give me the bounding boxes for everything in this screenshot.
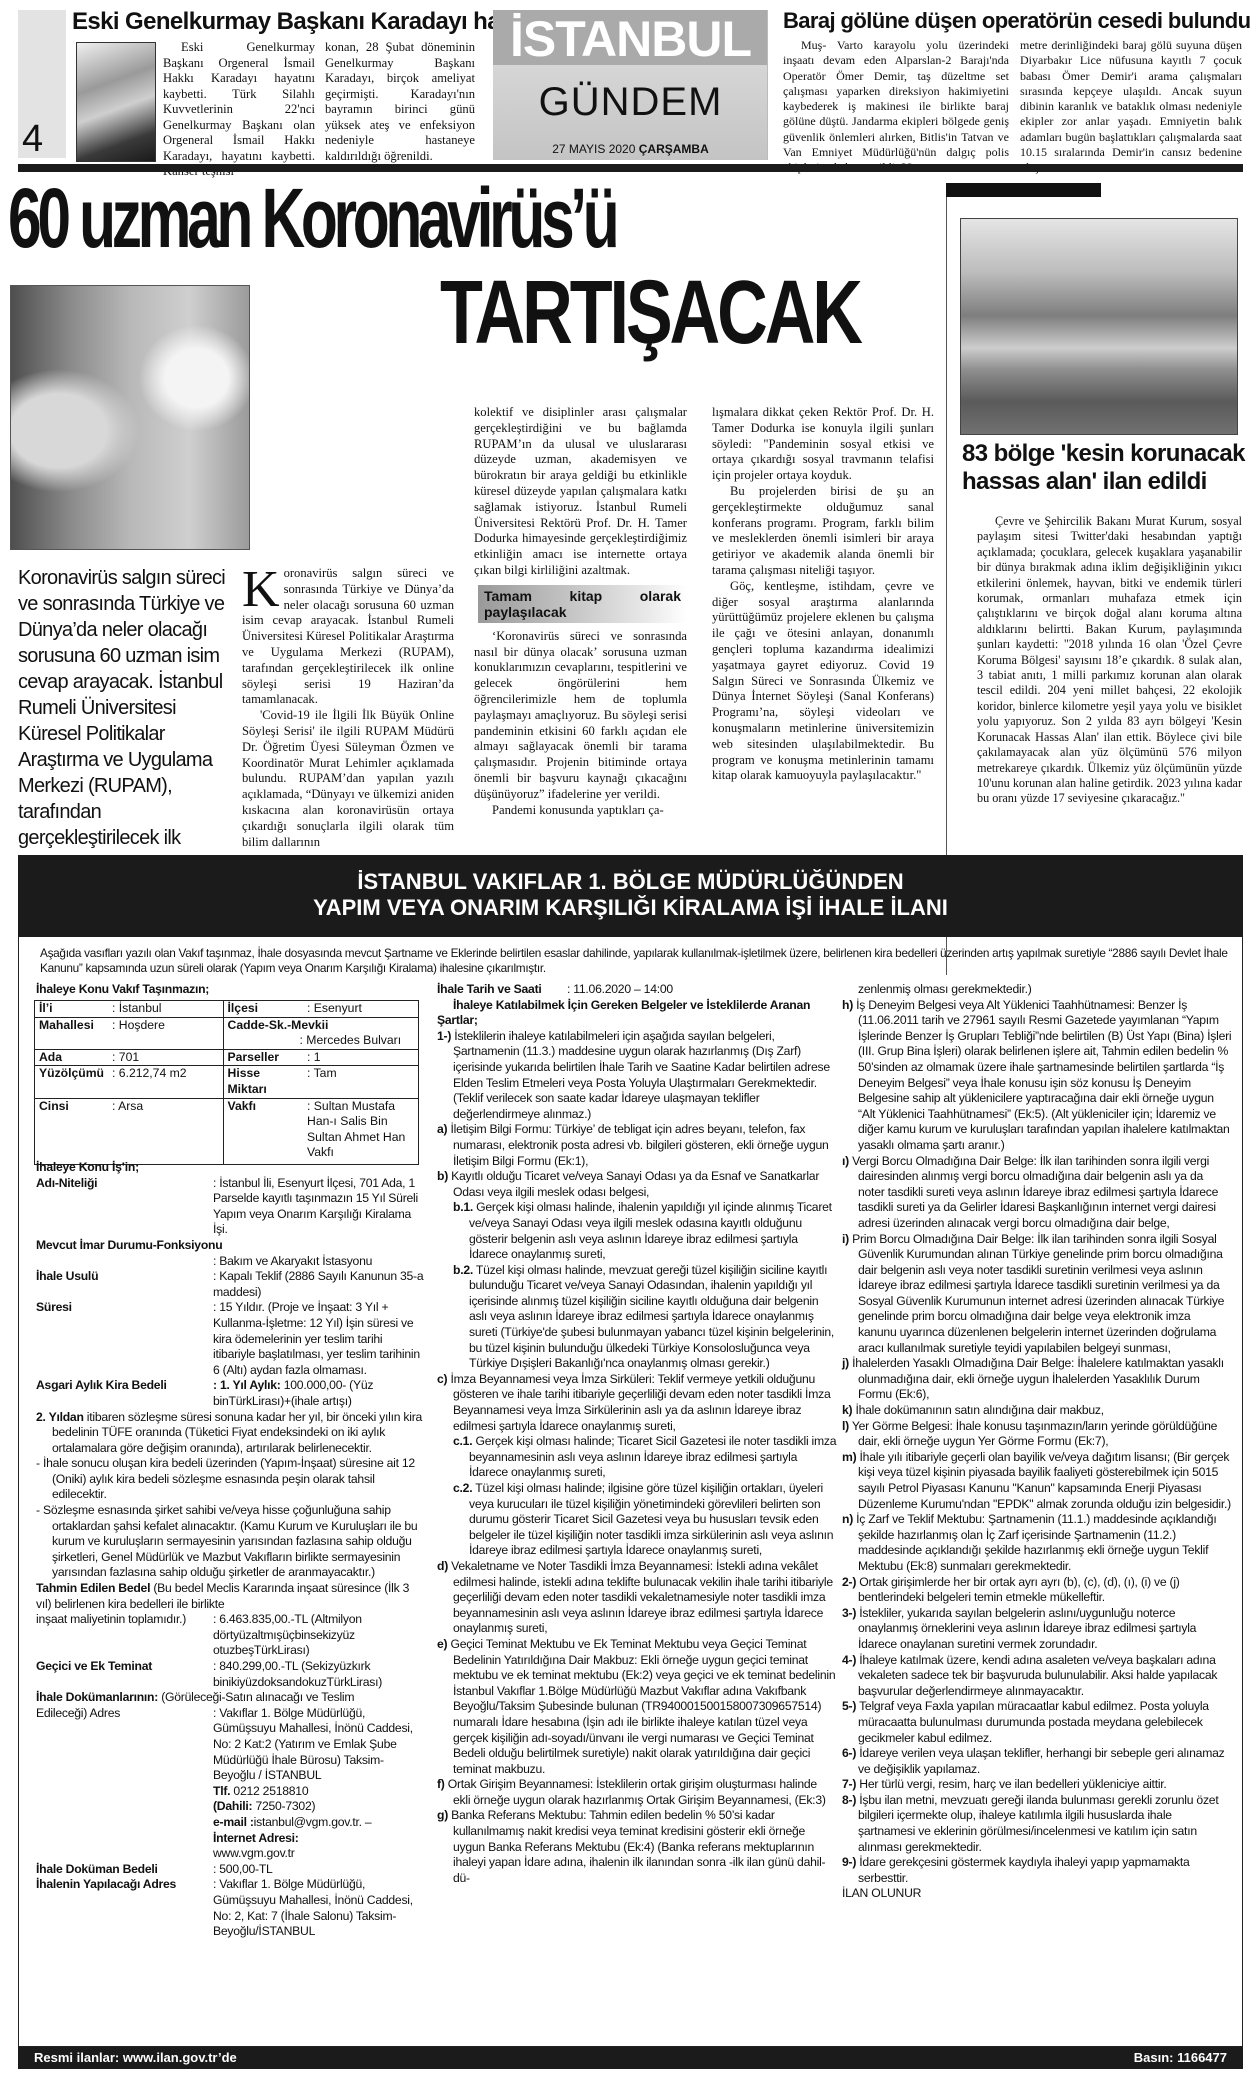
requirement-item: 6-) İdareye verilen veya ulaşan teklifle… (842, 1746, 1232, 1777)
main-story-col-1: Koronavirüs salgın süreci ve sonrasında … (242, 566, 454, 850)
requirement-item: n) İç Zarf ve Teklif Mektubu: Şartnameni… (842, 1512, 1232, 1574)
page-number: 4 (22, 118, 43, 161)
ad-header: İSTANBUL VAKIFLAR 1. BÖLGE MÜDÜRLÜĞÜNDEN… (18, 855, 1243, 937)
ad-title-1: İSTANBUL VAKIFLAR 1. BÖLGE MÜDÜRLÜĞÜNDEN (18, 869, 1243, 895)
requirement-item: c.1. Gerçek kişi olması halinde; Ticaret… (437, 1434, 837, 1481)
requirement-item: g) Banka Referans Mektubu: Tahmin edilen… (437, 1808, 837, 1886)
requirement-item: l) Yer Görme Belgesi: İhale konusu taşın… (842, 1419, 1232, 1450)
requirement-item: b.2. Tüzel kişi olması halinde, mevzuat … (437, 1263, 837, 1372)
ad-intro: Aşağıda vasıfları yazılı olan Vakıf taşı… (40, 946, 1230, 976)
requirement-item: e) Geçici Teminat Mektubu ve Ek Teminat … (437, 1637, 837, 1777)
requirement-item: b.1. Gerçek kişi olması halinde, ihaleni… (437, 1200, 837, 1262)
requirement-item: ı) Vergi Borcu Olmadığına Dair Belge: İl… (842, 1154, 1232, 1232)
requirements-list-2: h) İş Deneyim Belgesi veya Alt Yüklenici… (842, 998, 1232, 1887)
email-link[interactable]: istanbul@vgm.gov.tr. – (254, 1815, 372, 1829)
requirement-item: c.2. Tüzel kişi olması halinde; ilgisine… (437, 1481, 837, 1559)
requirement-item: 8-) İşbu ilan metni, mevzuatı gereği ila… (842, 1793, 1232, 1855)
park-photo (960, 218, 1238, 435)
ad-right-column: zenlenmiş olması gerekmektedir.) h) İş D… (842, 982, 1232, 1902)
baraj-headline: Baraj gölüne düşen operatörün cesedi bul… (783, 8, 1250, 34)
hassas-body: Çevre ve Şehircilik Bakanı Murat Kurum, … (977, 514, 1242, 807)
requirement-item: m) İhale yılı itibariyle geçerli olan ba… (842, 1450, 1232, 1512)
requirement-item: 2-) Ortak girişimlerde her bir ortak ayr… (842, 1575, 1232, 1606)
footer-basin-number: Basın: 1166477 (1134, 2047, 1227, 2069)
main-story-photo (10, 285, 250, 550)
baraj-col-2: metre derinliğindeki baraj gölü suyuna d… (1020, 38, 1242, 176)
requirement-item: h) İş Deneyim Belgesi veya Alt Yüklenici… (842, 998, 1232, 1154)
requirement-item: b) Kayıtlı olduğu Ticaret ve/veya Sanayi… (437, 1169, 837, 1200)
ad-left-column: İhaleye Konu İş’in; Adı-Niteliği: İstanb… (36, 1160, 426, 1940)
property-table: İl’i: İstanbulİlçesi: Esenyurt Mahallesi… (34, 1000, 419, 1165)
requirement-item: 4-) İhaleye katılmak üzere, kendi adına … (842, 1653, 1232, 1700)
karadayi-col-1: Eski Genelkurmay Başkanı Orgeneral İsmai… (163, 40, 315, 180)
drop-cap: K (242, 568, 280, 612)
masthead-date: 27 MAYIS 2020 ÇARŞAMBA (493, 142, 768, 156)
karadayi-photo (76, 42, 156, 162)
karadayi-col-2: konan, 28 Şubat döneminin Genelkurmay Ba… (325, 40, 475, 164)
main-headline-line2: TARTIŞACAK (440, 268, 860, 358)
requirement-item: f) Ortak Girişim Beyannamesi: İstekliler… (437, 1777, 837, 1808)
requirement-item: d) Vekaletname ve Noter Tasdikli İmza Be… (437, 1559, 837, 1637)
requirements-list-1: 1-) İsteklilerin ihaleye katılabilmeleri… (437, 1029, 837, 1887)
requirement-item: 1-) İsteklilerin ihaleye katılabilmeleri… (437, 1029, 837, 1123)
requirement-item: 7-) Her türlü vergi, resim, harç ve ilan… (842, 1777, 1232, 1793)
requirement-item: c) İmza Beyannamesi veya İmza Sirküleri:… (437, 1372, 837, 1434)
requirement-item: 3-) İstekliler, yukarıda sayılan belgele… (842, 1606, 1232, 1653)
ad-title-2: YAPIM VEYA ONARIM KARŞILIĞI KİRALAMA İŞİ… (18, 895, 1243, 921)
closing-text: İLAN OLUNUR (842, 1886, 1232, 1902)
requirement-item: j) İhalelerden Yasaklı Olmadığına Dair B… (842, 1356, 1232, 1403)
main-story-col-3: lışmalara dikkat çeken Rektör Prof. Dr. … (712, 405, 934, 784)
hassas-headline: 83 bölge 'kesin korunacak hassas alan' i… (962, 440, 1252, 496)
masthead-section: GÜNDEM (493, 80, 768, 125)
ad-middle-column: İhale Tarih ve Saati: 11.06.2020 – 14:00… (437, 982, 837, 1886)
masthead: İSTANBUL GÜNDEM 27 MAYIS 2020 ÇARŞAMBA (493, 10, 768, 160)
side-box-bar (946, 183, 1101, 197)
footer-ilan-link[interactable]: Resmi ilanlar: www.ilan.gov.tr’de (34, 2047, 237, 2069)
property-caption: İhaleye Konu Vakıf Taşınmazın; (36, 982, 209, 998)
requirement-item: k) İhale dokümanının satın alındığına da… (842, 1403, 1232, 1419)
requirement-item: i) Prim Borcu Olmadığına Dair Belge: İlk… (842, 1232, 1232, 1357)
website-link[interactable]: www.vgm.gov.tr (213, 1846, 295, 1860)
main-story-subhead: Tamam kitap olarak paylaşılacak (478, 585, 687, 623)
main-story-col-2: kolektif ve disiplinler arası çalışmalar… (474, 405, 687, 818)
requirement-item: 9-) İdare gerekçesini göstermek kaydıyla… (842, 1855, 1232, 1886)
ad-footer: Resmi ilanlar: www.ilan.gov.tr’de Basın:… (18, 2047, 1243, 2069)
requirement-item: a) İletişim Bilgi Formu: Türkiye’ de teb… (437, 1122, 837, 1169)
main-headline-line1: 60 uzman Koronavirüs’ü (8, 176, 615, 260)
requirement-item: 5-) Telgraf veya Faxla yapılan müracaatl… (842, 1699, 1232, 1746)
baraj-col-1: Muş- Varto karayolu yolu üzerindeki inşa… (783, 38, 1009, 176)
masthead-title: İSTANBUL (493, 12, 768, 66)
